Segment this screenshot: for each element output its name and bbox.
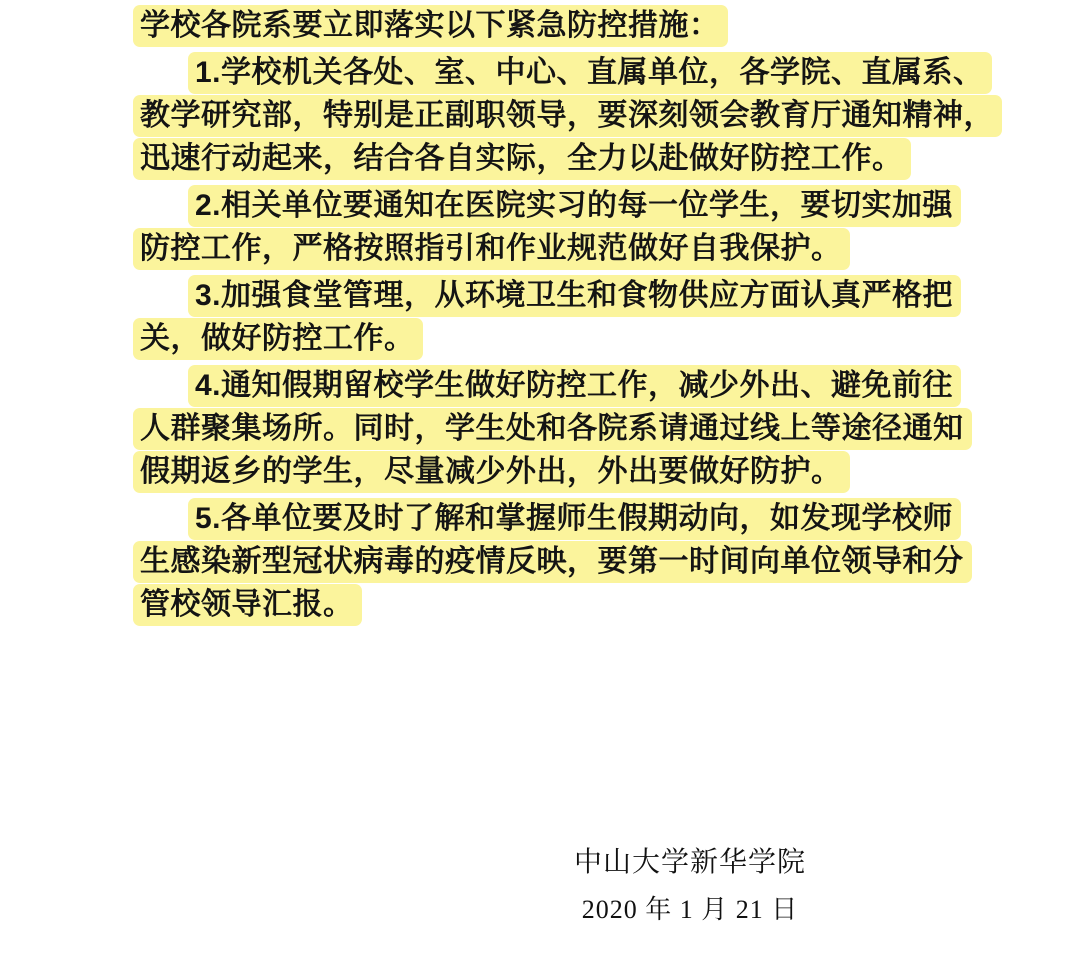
notice-line: 教学研究部，特别是正副职领导，要深刻领会教育厅通知精神， [140, 94, 940, 137]
notice-body: 学校各院系要立即落实以下紧急防控措施： 1.学校机关各处、室、中心、直属单位，各… [140, 4, 940, 626]
highlighted-text: 假期返乡的学生，尽量减少外出，外出要做好防护。 [133, 451, 850, 493]
notice-line: 人群聚集场所。同时，学生处和各院系请通过线上等途径通知 [140, 407, 940, 450]
notice-line: 3.加强食堂管理，从环境卫生和食物供应方面认真严格把 [140, 274, 940, 317]
highlighted-text: 关，做好防控工作。 [133, 318, 423, 360]
highlighted-text: 5.各单位要及时了解和掌握师生假期动向，如发现学校师 [188, 498, 961, 540]
notice-line: 假期返乡的学生，尽量减少外出，外出要做好防护。 [140, 450, 940, 493]
highlighted-text: 学校各院系要立即落实以下紧急防控措施： [133, 5, 728, 47]
highlighted-text: 迅速行动起来，结合各自实际，全力以赴做好防控工作。 [133, 138, 911, 180]
highlighted-text: 3.加强食堂管理，从环境卫生和食物供应方面认真严格把 [188, 275, 961, 317]
notice-line: 学校各院系要立即落实以下紧急防控措施： [140, 4, 940, 47]
highlighted-text: 2.相关单位要通知在医院实习的每一位学生，要切实加强 [188, 185, 961, 227]
notice-line: 迅速行动起来，结合各自实际，全力以赴做好防控工作。 [140, 137, 940, 180]
highlighted-text: 教学研究部，特别是正副职领导，要深刻领会教育厅通知精神， [133, 95, 1002, 137]
signature-organization: 中山大学新华学院 [570, 846, 810, 880]
notice-line: 关，做好防控工作。 [140, 317, 940, 360]
highlighted-text: 1.学校机关各处、室、中心、直属单位，各学院、直属系、 [188, 52, 992, 94]
signature-date: 2020 年 1 月 21 日 [570, 894, 810, 926]
notice-line: 生感染新型冠状病毒的疫情反映，要第一时间向单位领导和分 [140, 540, 940, 583]
notice-line: 防控工作，严格按照指引和作业规范做好自我保护。 [140, 227, 940, 270]
notice-line: 4.通知假期留校学生做好防控工作，减少外出、避免前往 [140, 364, 940, 407]
highlighted-text: 管校领导汇报。 [133, 584, 362, 626]
notice-line: 2.相关单位要通知在医院实习的每一位学生，要切实加强 [140, 184, 940, 227]
signature-block: 中山大学新华学院 2020 年 1 月 21 日 [570, 846, 810, 926]
highlighted-text: 生感染新型冠状病毒的疫情反映，要第一时间向单位领导和分 [133, 541, 972, 583]
highlighted-text: 4.通知假期留校学生做好防控工作，减少外出、避免前往 [188, 365, 961, 407]
highlighted-text: 防控工作，严格按照指引和作业规范做好自我保护。 [133, 228, 850, 270]
notice-line: 管校领导汇报。 [140, 583, 940, 626]
notice-line: 1.学校机关各处、室、中心、直属单位，各学院、直属系、 [140, 51, 940, 94]
highlighted-text: 人群聚集场所。同时，学生处和各院系请通过线上等途径通知 [133, 408, 972, 450]
notice-line: 5.各单位要及时了解和掌握师生假期动向，如发现学校师 [140, 497, 940, 540]
